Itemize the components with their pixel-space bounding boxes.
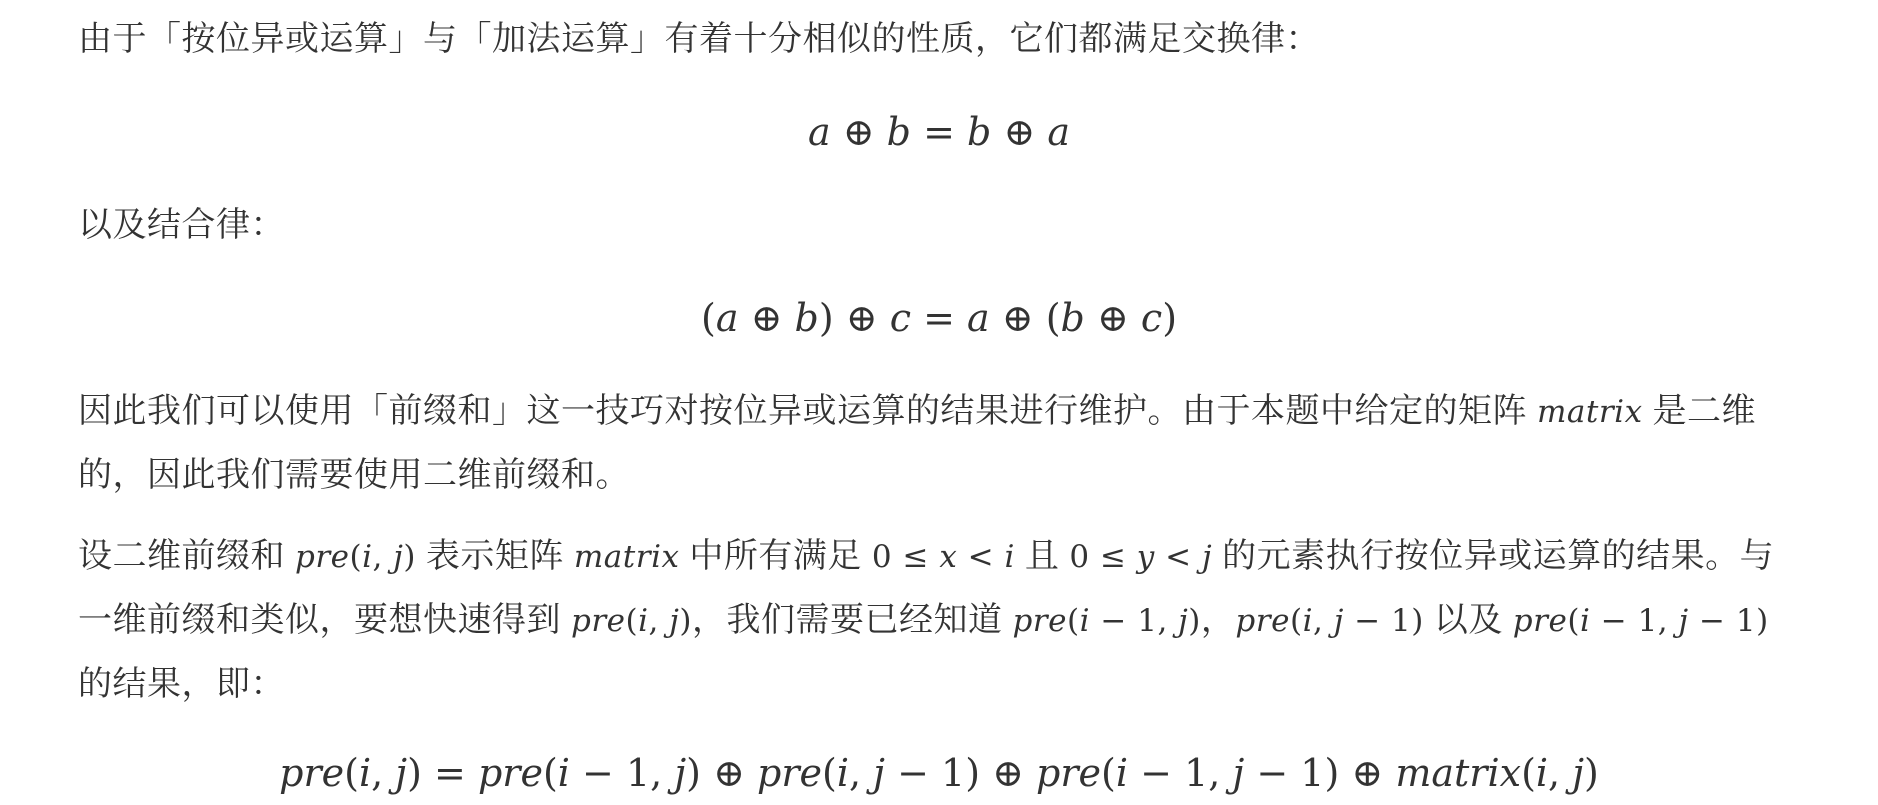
paragraph-xor-properties: 由于「按位异或运算」与「加法运算」有着十分相似的性质，它们都满足交换律： <box>78 8 1800 71</box>
paragraph-prefix-sum-intro: 因此我们可以使用「前缀和」这一技巧对按位异或运算的结果进行维护。由于本题中给定的… <box>78 380 1800 507</box>
paragraph-associative-intro: 以及结合律： <box>78 194 1800 257</box>
formula-commutative-law: a ⊕ b = b ⊕ a <box>78 105 1800 160</box>
inline-math: 0 ≤ x < i <box>872 539 1015 575</box>
inline-math: pre(i, j) <box>571 603 692 639</box>
inline-math: pre(i − 1, j − 1) <box>1513 603 1769 639</box>
paragraph-2d-prefix-sum-definition: 设二维前缀和 pre(i, j) 表示矩阵 matrix 中所有满足 0 ≤ x… <box>78 525 1800 716</box>
inline-math: pre(i − 1, j) <box>1012 603 1200 639</box>
text-run: 以及 <box>1424 601 1513 639</box>
text-run: 以及结合律： <box>78 206 285 244</box>
text-run: 因此我们可以使用「前缀和」这一技巧对按位异或运算的结果进行维护。由于本题中给定的… <box>78 392 1537 430</box>
inline-math: 0 ≤ y < j <box>1069 539 1212 575</box>
text-run: ， <box>1201 601 1236 639</box>
inline-math: matrix <box>1537 394 1643 430</box>
solution-article: 由于「按位异或运算」与「加法运算」有着十分相似的性质，它们都满足交换律： a ⊕… <box>0 0 1878 801</box>
formula-associative-law: (a ⊕ b) ⊕ c = a ⊕ (b ⊕ c) <box>78 291 1800 346</box>
formula-prefix-sum-recurrence: pre(i, j) = pre(i − 1, j) ⊕ pre(i, j − 1… <box>78 746 1800 801</box>
text-run: 中所有满足 <box>679 537 871 575</box>
text-run: ，我们需要已经知道 <box>692 601 1012 639</box>
inline-math: pre(i, j − 1) <box>1235 603 1423 639</box>
text-run: 的结果，即： <box>78 665 285 703</box>
text-run: 由于「按位异或运算」与「加法运算」有着十分相似的性质，它们都满足交换律： <box>78 20 1320 58</box>
inline-math: matrix <box>574 539 680 575</box>
text-run: 设二维前缀和 <box>78 537 295 575</box>
inline-math: pre(i, j) <box>295 539 416 575</box>
text-run: 且 <box>1015 537 1069 575</box>
text-run: 表示矩阵 <box>416 537 574 575</box>
